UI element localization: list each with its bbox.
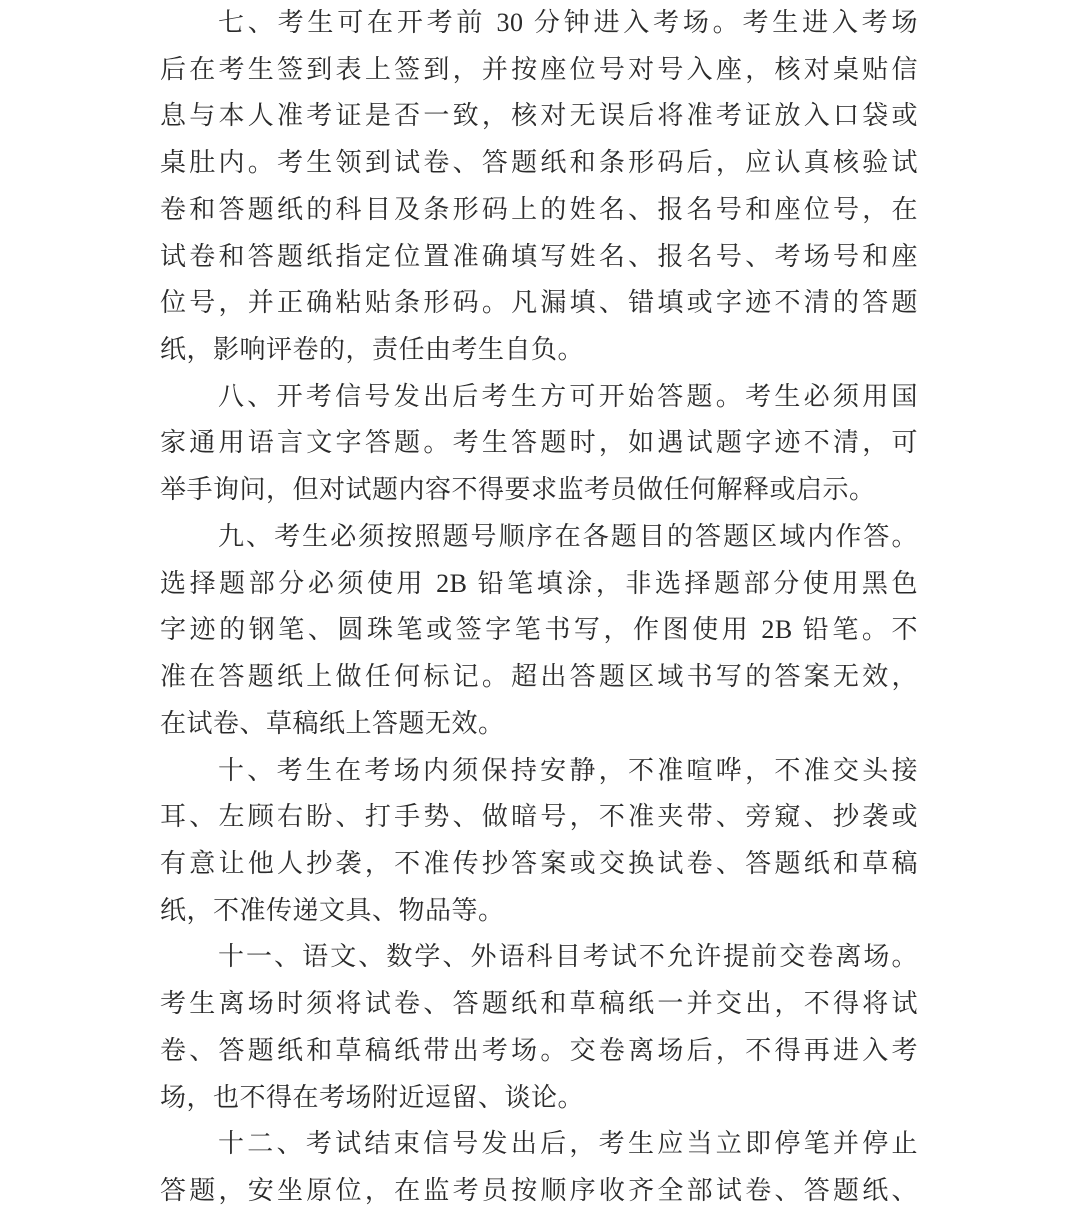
document-line: 纸，影响评卷的，责任由考生自负。 [160, 327, 918, 374]
document-line: 七、考生可在开考前 30 分钟进入考场。考生进入考场 [160, 0, 918, 47]
document-line: 八、开考信号发出后考生方可开始答题。考生必须用国 [160, 374, 918, 421]
document-line: 卷、答题纸和草稿纸带出考场。交卷离场后，不得再进入考 [160, 1028, 918, 1075]
document-line: 家通用语言文字答题。考生答题时，如遇试题字迹不清，可 [160, 420, 918, 467]
document-line: 耳、左顾右盼、打手势、做暗号，不准夹带、旁窥、抄袭或 [160, 794, 918, 841]
document-line: 有意让他人抄袭，不准传抄答案或交换试卷、答题纸和草稿 [160, 841, 918, 888]
document-line: 十一、语文、数学、外语科目考试不允许提前交卷离场。 [160, 934, 918, 981]
document-line: 字迹的钢笔、圆珠笔或签字笔书写，作图使用 2B 铅笔。不 [160, 607, 918, 654]
document-line: 九、考生必须按照题号顺序在各题目的答题区域内作答。 [160, 514, 918, 561]
paragraph-7: 七、考生可在开考前 30 分钟进入考场。考生进入考场 后在考生签到表上签到，并按… [160, 0, 918, 374]
document-line: 纸，不准传递文具、物品等。 [160, 888, 918, 935]
paragraph-12: 十二、考试结束信号发出后，考生应当立即停笔并停止 答题，安坐原位，在监考员按顺序… [160, 1121, 918, 1214]
paragraph-10: 十、考生在考场内须保持安静，不准喧哗，不准交头接 耳、左顾右盼、打手势、做暗号，… [160, 748, 918, 935]
document-line: 卷和答题纸的科目及条形码上的姓名、报名号和座位号，在 [160, 187, 918, 234]
document-line: 位号，并正确粘贴条形码。凡漏填、错填或字迹不清的答题 [160, 280, 918, 327]
document-line: 答题，安坐原位，在监考员按顺序收齐全部试卷、答题纸、 [160, 1168, 918, 1215]
document-line: 后在考生签到表上签到，并按座位号对号入座，核对桌贴信 [160, 47, 918, 94]
document-line: 试卷和答题纸指定位置准确填写姓名、报名号、考场号和座 [160, 234, 918, 281]
document-line: 准在答题纸上做任何标记。超出答题区域书写的答案无效， [160, 654, 918, 701]
document-line: 桌肚内。考生领到试卷、答题纸和条形码后，应认真核验试 [160, 140, 918, 187]
paragraph-8: 八、开考信号发出后考生方可开始答题。考生必须用国 家通用语言文字答题。考生答题时… [160, 374, 918, 514]
document-page: 七、考生可在开考前 30 分钟进入考场。考生进入考场 后在考生签到表上签到，并按… [160, 0, 918, 1215]
document-line: 考生离场时须将试卷、答题纸和草稿纸一并交出，不得将试 [160, 981, 918, 1028]
document-line: 十、考生在考场内须保持安静，不准喧哗，不准交头接 [160, 748, 918, 795]
document-line: 息与本人准考证是否一致，核对无误后将准考证放入口袋或 [160, 93, 918, 140]
document-line: 场，也不得在考场附近逗留、谈论。 [160, 1075, 918, 1122]
document-line: 举手询问，但对试题内容不得要求监考员做任何解释或启示。 [160, 467, 918, 514]
paragraph-11: 十一、语文、数学、外语科目考试不允许提前交卷离场。 考生离场时须将试卷、答题纸和… [160, 934, 918, 1121]
document-line: 在试卷、草稿纸上答题无效。 [160, 701, 918, 748]
document-line: 选择题部分必须使用 2B 铅笔填涂，非选择题部分使用黑色 [160, 561, 918, 608]
paragraph-9: 九、考生必须按照题号顺序在各题目的答题区域内作答。 选择题部分必须使用 2B 铅… [160, 514, 918, 748]
document-line: 十二、考试结束信号发出后，考生应当立即停笔并停止 [160, 1121, 918, 1168]
